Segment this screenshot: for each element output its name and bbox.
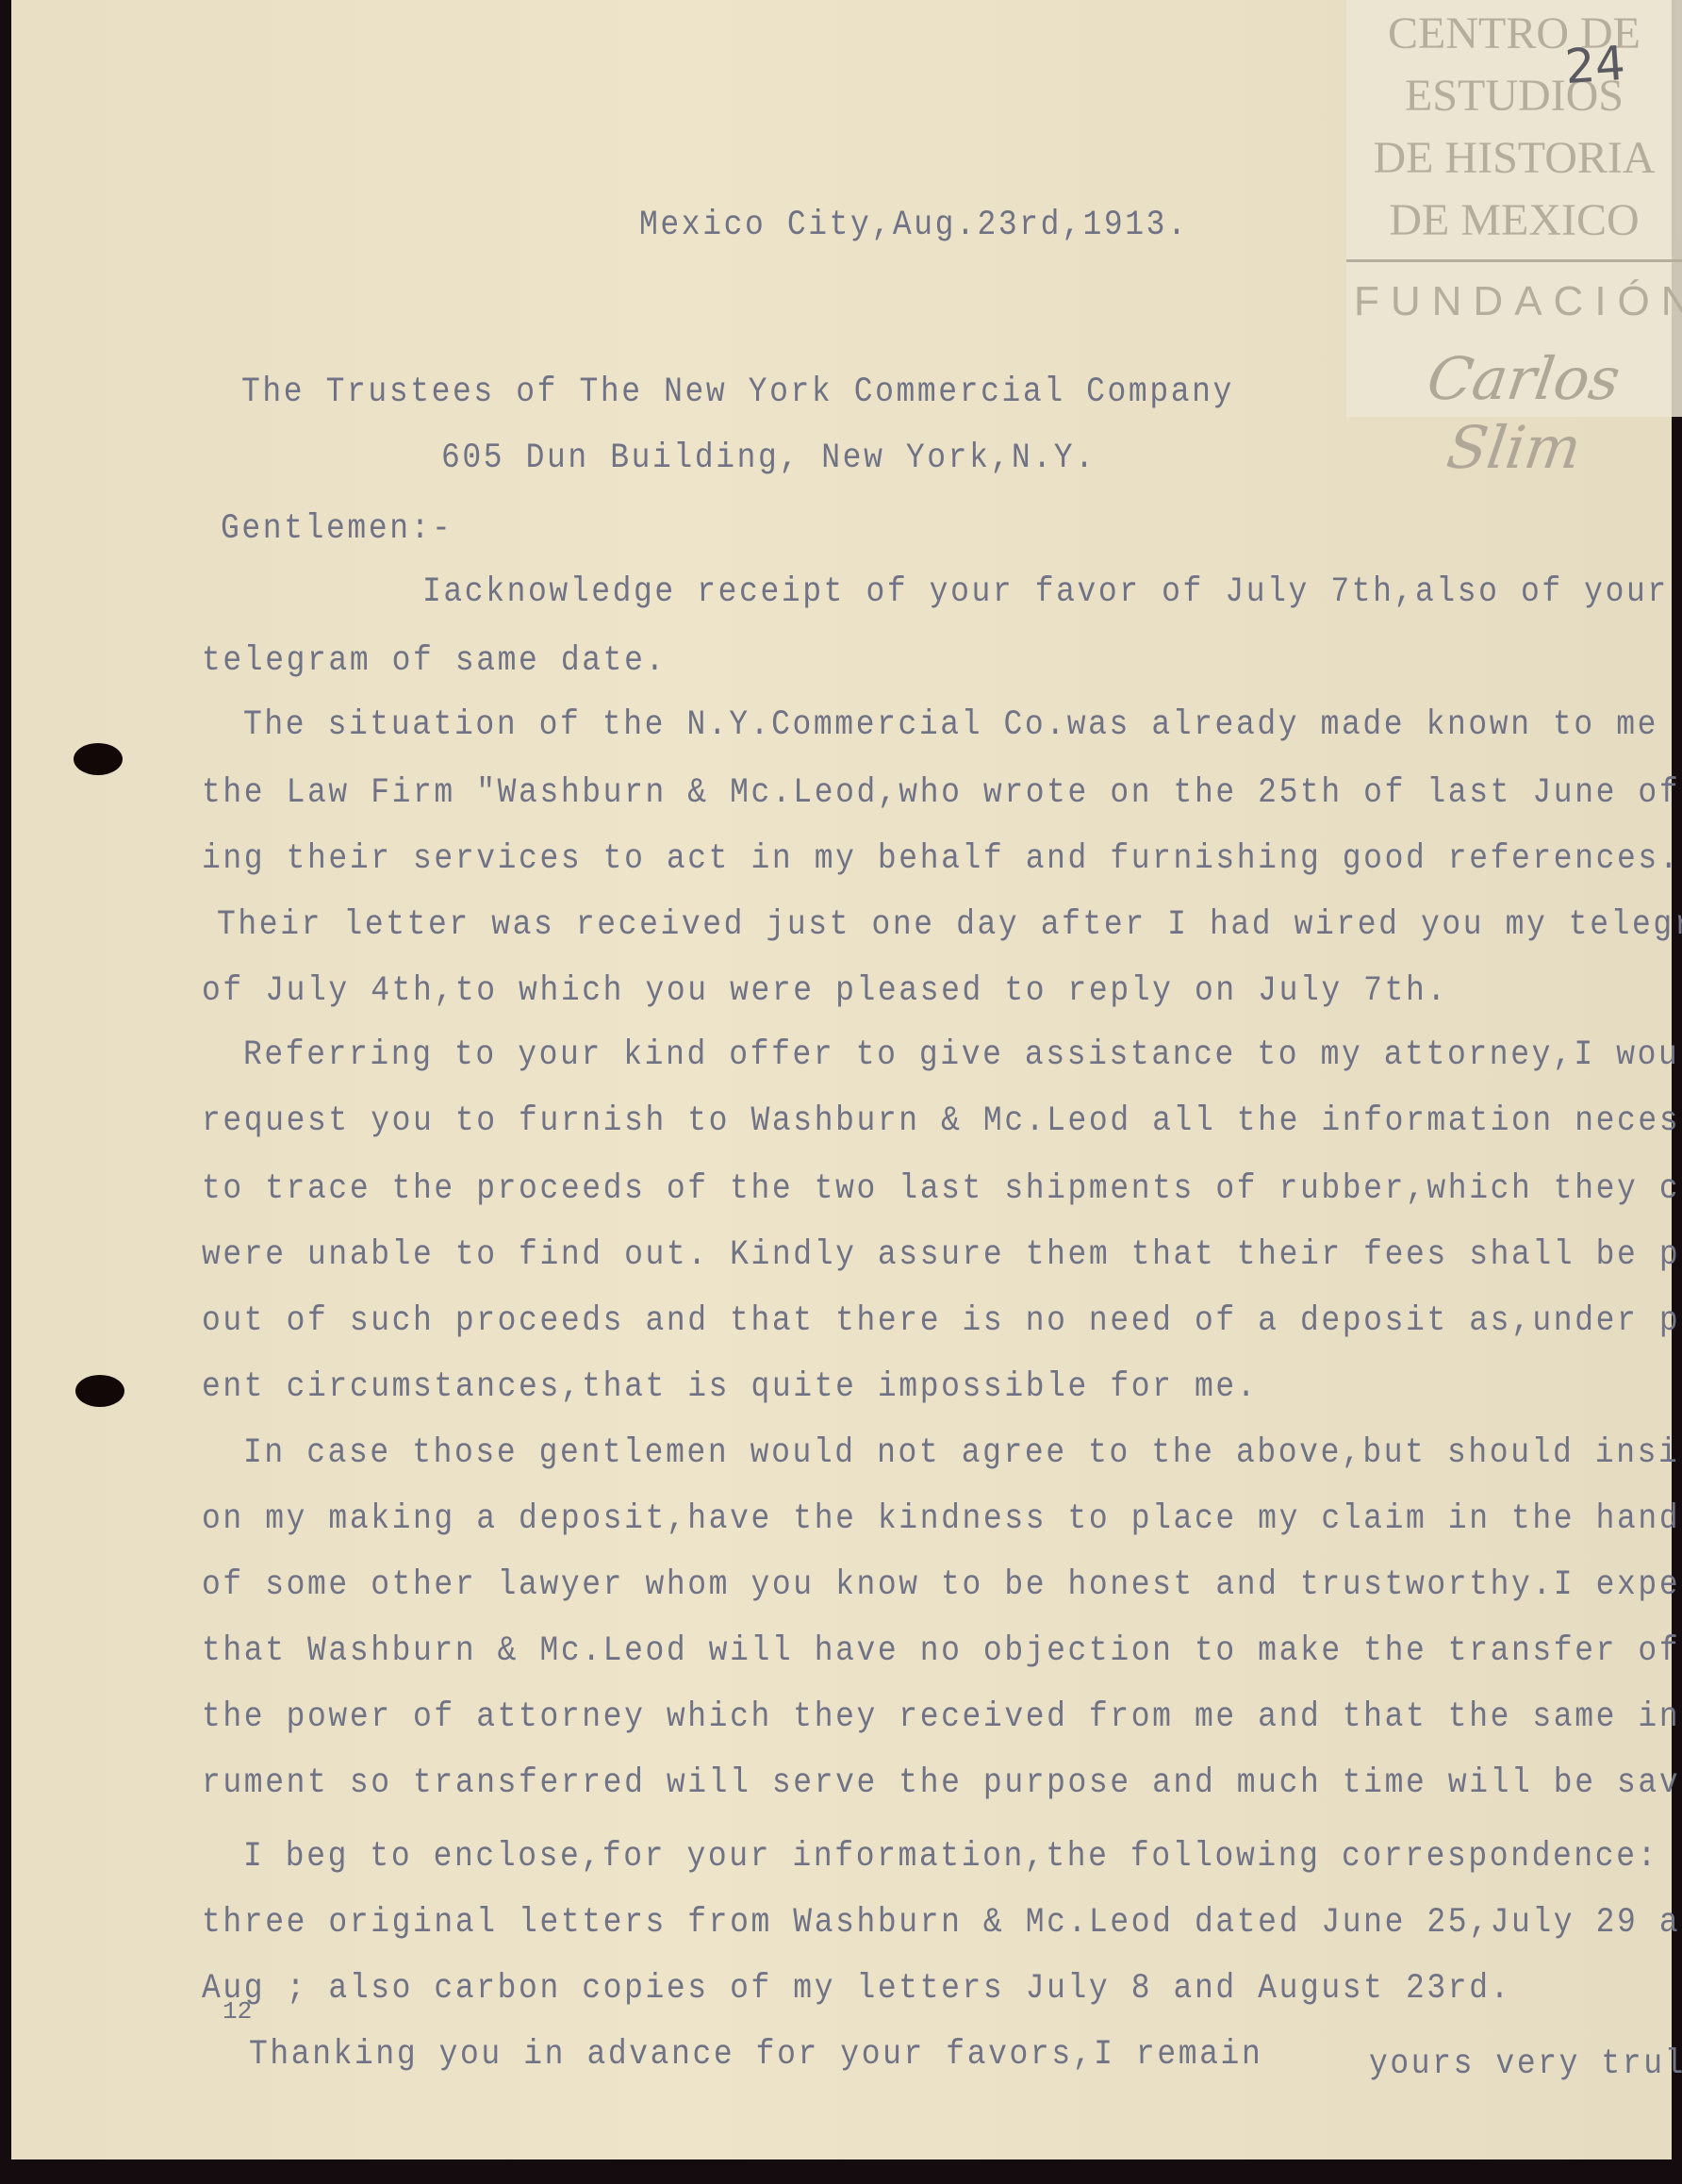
watermark-line-1: CENTRO DE: [1346, 11, 1682, 57]
body-line: that Washburn & Mc.Leod will have no obj…: [202, 1631, 1680, 1670]
closing: yours very truly: [1369, 2044, 1682, 2083]
body-line: on my making a deposit,have the kindness…: [202, 1499, 1682, 1538]
body-line: the Law Firm "Washburn & Mc.Leod,who wro…: [202, 773, 1682, 812]
body-line: ent circumstances,that is quite impossib…: [202, 1367, 1258, 1406]
body-line: were unable to find out. Kindly assure t…: [202, 1235, 1682, 1274]
body-line: telegram of same date.: [202, 641, 667, 680]
body-line: Thanking you in advance for your favors,…: [249, 2035, 1262, 2074]
body-line: the power of attorney which they receive…: [202, 1697, 1682, 1736]
watermark-signature: Carlos Slim: [1346, 344, 1682, 482]
body-line: of July 4th,to which you were pleased to…: [202, 971, 1448, 1010]
aug-date-superscript: 12: [223, 1997, 252, 2026]
punch-hole-bottom: [75, 1375, 124, 1407]
handwritten-page-number: 24: [1563, 36, 1627, 94]
body-line: Referring to your kind offer to give ass…: [243, 1035, 1682, 1074]
body-line: of some other lawyer whom you know to be…: [202, 1565, 1682, 1604]
watermark-line-3: DE HISTORIA: [1346, 136, 1682, 181]
body-line: ing their services to act in my behalf a…: [202, 839, 1680, 878]
body-line: Iacknowledge receipt of your favor of Ju…: [422, 572, 1669, 611]
watermark-line-2: ESTUDIOS: [1346, 74, 1682, 119]
body-line: out of such proceeds and that there is n…: [202, 1301, 1682, 1340]
body-line: request you to furnish to Washburn & Mc.…: [202, 1101, 1682, 1140]
punch-hole-top: [74, 743, 123, 775]
watermark-line-4: DE MEXICO: [1346, 198, 1682, 243]
body-line: to trace the proceeds of the two last sh…: [202, 1169, 1682, 1208]
watermark-foundation: FUNDACIÓN: [1354, 278, 1682, 325]
address: 605 Dun Building, New York,N.Y.: [441, 438, 1097, 477]
body-line: rument so transferred will serve the pur…: [202, 1763, 1682, 1802]
salutation: Gentlemen:-: [221, 509, 453, 548]
body-line: The situation of the N.Y.Commercial Co.w…: [243, 705, 1682, 744]
body-line: In case those gentlemen would not agree …: [243, 1433, 1682, 1472]
dateline: Mexico City,Aug.23rd,1913.: [639, 206, 1188, 244]
body-line: Their letter was received just one day a…: [217, 905, 1682, 944]
body-line: three original letters from Washburn & M…: [202, 1903, 1682, 1942]
watermark-divider: [1346, 259, 1682, 262]
archive-watermark: CENTRO DE ESTUDIOS DE HISTORIA DE MEXICO…: [1346, 0, 1682, 417]
body-line: I beg to enclose,for your information,th…: [243, 1837, 1658, 1876]
body-line: Aug ; also carbon copies of my letters J…: [202, 1969, 1511, 2008]
recipient: The Trustees of The New York Commercial …: [241, 372, 1234, 411]
